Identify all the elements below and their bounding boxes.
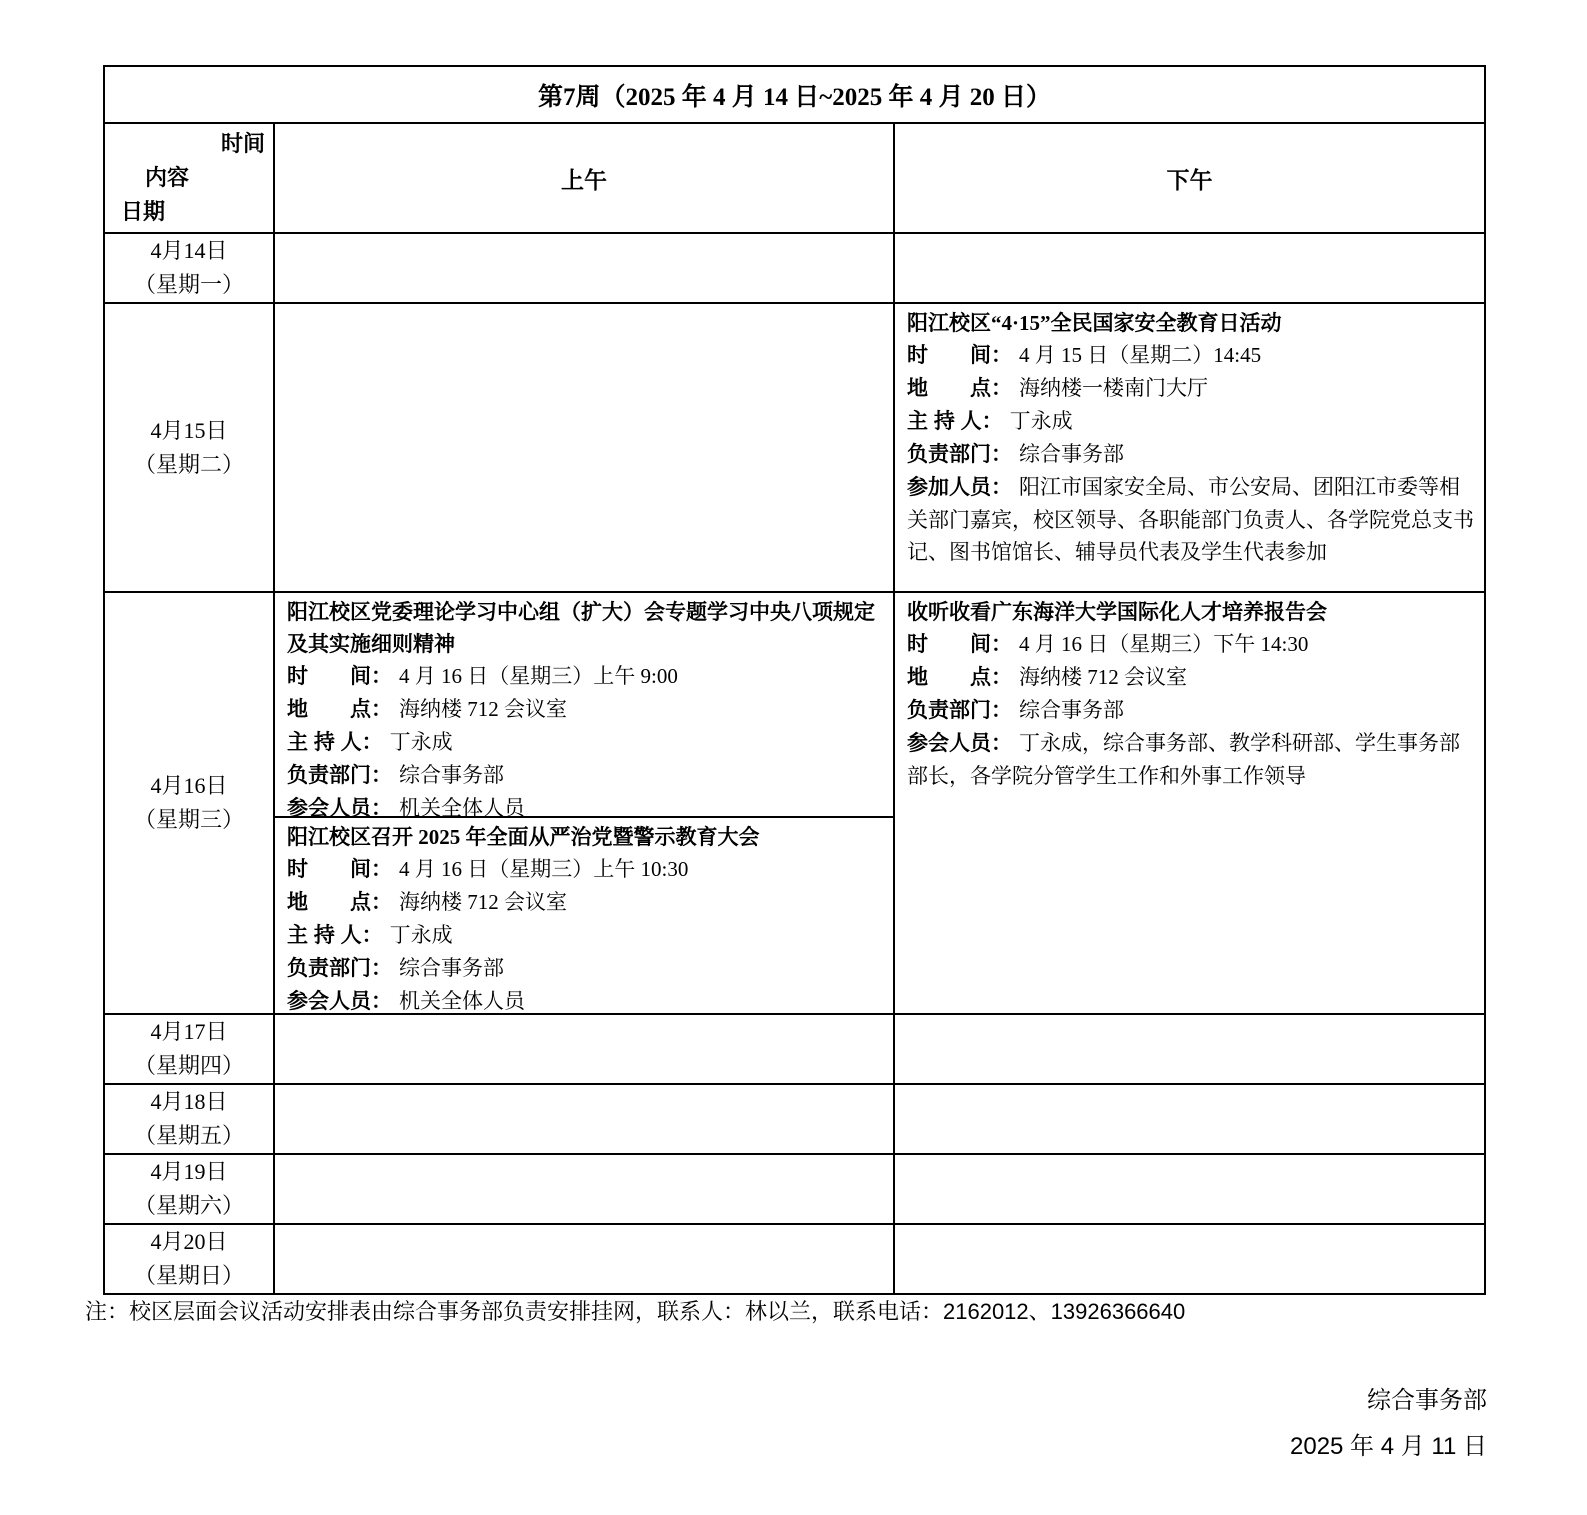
schedule-row-apr18: 4月18日 （星期五） [104, 1084, 1485, 1154]
morning-cell-empty [274, 303, 894, 592]
event-field: 参会人员：机关全体人员 [287, 985, 883, 1013]
morning-cell-empty [274, 233, 894, 303]
weekday-label: （星期一） [105, 268, 273, 302]
field-value: 海纳楼一楼南门大厅 [1019, 376, 1208, 400]
event-field: 地 点：海纳楼 712 会议室 [907, 661, 1474, 694]
event-field: 时 间：4 月 16 日（星期三）下午 14:30 [907, 628, 1474, 661]
schedule-row-apr14: 4月14日 （星期一） [104, 233, 1485, 303]
field-value: 4 月 16 日（星期三）上午 9:00 [399, 664, 678, 688]
field-label: 主 持 人： [287, 924, 383, 947]
field-label: 时 间： [907, 633, 1012, 656]
date-cell: 4月18日 （星期五） [104, 1084, 274, 1154]
date-cell: 4月19日 （星期六） [104, 1154, 274, 1224]
event-field: 地 点：海纳楼 712 会议室 [287, 693, 883, 726]
event-title: 阳江校区召开 2025 年全面从严治党暨警示教育大会 [287, 821, 883, 853]
corner-date-label: 日期 [105, 195, 273, 229]
field-value: 海纳楼 712 会议室 [399, 890, 567, 914]
afternoon-cell-empty [894, 233, 1485, 303]
signature-block: 综合事务部 2025 年 4 月 11 日 [1290, 1378, 1487, 1470]
week-title: 第7周（2025 年 4 月 14 日~2025 年 4 月 20 日） [104, 66, 1485, 123]
date-cell: 4月15日 （星期二） [104, 303, 274, 592]
date-label: 4月17日 [105, 1015, 273, 1049]
afternoon-cell-empty [894, 1084, 1485, 1154]
date-label: 4月19日 [105, 1155, 273, 1189]
morning-cell-empty [274, 1224, 894, 1294]
date-label: 4月18日 [105, 1085, 273, 1119]
morning-header: 上午 [274, 123, 894, 233]
schedule-row-apr16: 4月16日 （星期三） 阳江校区党委理论学习中心组（扩大）会专题学习中央八项规定… [104, 592, 1485, 1014]
event: 阳江校区“4·15”全民国家安全教育日活动 时 间：4 月 15 日（星期二）1… [895, 304, 1484, 568]
header-row: 时间 内容 日期 上午 下午 [104, 123, 1485, 233]
weekly-schedule-table: 第7周（2025 年 4 月 14 日~2025 年 4 月 20 日） 时间 … [103, 65, 1486, 1295]
corner-time-label: 时间 [105, 127, 273, 161]
event-field: 地 点：海纳楼 712 会议室 [287, 886, 883, 919]
field-label: 时 间： [287, 665, 392, 688]
schedule-row-apr15: 4月15日 （星期二） 阳江校区“4·15”全民国家安全教育日活动 时 间：4 … [104, 303, 1485, 592]
field-label: 负责部门： [287, 764, 392, 787]
morning-cell-empty [274, 1154, 894, 1224]
date-label: 4月15日 [105, 414, 273, 448]
footer-note: 注：校区层面会议活动安排表由综合事务部负责安排挂网，联系人：林以兰，联系电话：2… [85, 1297, 1485, 1327]
field-label: 负责部门： [907, 443, 1012, 466]
field-label: 地 点： [287, 891, 392, 914]
event: 阳江校区党委理论学习中心组（扩大）会专题学习中央八项规定及其实施细则精神 时 间… [275, 593, 893, 818]
event-title: 阳江校区党委理论学习中心组（扩大）会专题学习中央八项规定及其实施细则精神 [287, 596, 883, 660]
document-page: 第7周（2025 年 4 月 14 日~2025 年 4 月 20 日） 时间 … [0, 0, 1587, 1515]
afternoon-cell-empty [894, 1224, 1485, 1294]
field-value: 机关全体人员 [399, 989, 525, 1013]
weekday-label: （星期六） [105, 1189, 273, 1223]
signature-date: 2025 年 4 月 11 日 [1290, 1424, 1487, 1470]
corner-content-label: 内容 [105, 161, 273, 195]
schedule-row-apr20: 4月20日 （星期日） [104, 1224, 1485, 1294]
field-label: 主 持 人： [287, 731, 383, 754]
corner-header-cell: 时间 内容 日期 [104, 123, 274, 233]
event: 阳江校区召开 2025 年全面从严治党暨警示教育大会 时 间：4 月 16 日（… [275, 818, 893, 1013]
date-cell: 4月20日 （星期日） [104, 1224, 274, 1294]
field-label: 参会人员： [907, 732, 1012, 755]
morning-cell-empty [274, 1084, 894, 1154]
event: 收听收看广东海洋大学国际化人才培养报告会 时 间：4 月 16 日（星期三）下午… [895, 593, 1484, 792]
event-field: 负责部门：综合事务部 [287, 952, 883, 985]
event-field: 参加人员：阳江市国家安全局、市公安局、团阳江市委等相关部门嘉宾，校区领导、各职能… [907, 471, 1474, 568]
morning-cell-empty [274, 1014, 894, 1084]
weekday-label: （星期五） [105, 1119, 273, 1153]
signature-department: 综合事务部 [1290, 1378, 1487, 1424]
field-label: 时 间： [287, 858, 392, 881]
weekday-label: （星期日） [105, 1259, 273, 1293]
field-value: 综合事务部 [399, 763, 504, 787]
field-value: 综合事务部 [399, 956, 504, 980]
field-label: 地 点： [907, 666, 1012, 689]
field-value: 4 月 15 日（星期二）14:45 [1019, 343, 1261, 367]
event-field: 主 持 人：丁永成 [907, 405, 1474, 438]
event-field: 参会人员：丁永成，综合事务部、教学科研部、学生事务部部长，各学院分管学生工作和外… [907, 727, 1474, 792]
field-value: 综合事务部 [1019, 698, 1124, 722]
date-cell: 4月14日 （星期一） [104, 233, 274, 303]
event-field: 负责部门：综合事务部 [907, 438, 1474, 471]
field-value: 丁永成 [390, 730, 453, 754]
date-label: 4月14日 [105, 234, 273, 268]
morning-cell: 阳江校区党委理论学习中心组（扩大）会专题学习中央八项规定及其实施细则精神 时 间… [274, 592, 894, 1014]
field-value: 海纳楼 712 会议室 [399, 697, 567, 721]
date-label: 4月16日 [105, 769, 273, 803]
event-field: 参会人员：机关全体人员 [287, 792, 883, 818]
field-label: 时 间： [907, 344, 1012, 367]
field-value: 4 月 16 日（星期三）上午 10:30 [399, 857, 688, 881]
event-title: 收听收看广东海洋大学国际化人才培养报告会 [907, 596, 1474, 628]
afternoon-cell-empty [894, 1154, 1485, 1224]
field-label: 参加人员： [907, 476, 1012, 499]
field-label: 地 点： [907, 377, 1012, 400]
date-cell: 4月17日 （星期四） [104, 1014, 274, 1084]
afternoon-cell: 收听收看广东海洋大学国际化人才培养报告会 时 间：4 月 16 日（星期三）下午… [894, 592, 1485, 1014]
title-row: 第7周（2025 年 4 月 14 日~2025 年 4 月 20 日） [104, 66, 1485, 123]
event-field: 地 点：海纳楼一楼南门大厅 [907, 372, 1474, 405]
event-field: 负责部门：综合事务部 [907, 694, 1474, 727]
date-label: 4月20日 [105, 1225, 273, 1259]
field-label: 负责部门： [907, 699, 1012, 722]
event-field: 时 间：4 月 15 日（星期二）14:45 [907, 339, 1474, 372]
event-title: 阳江校区“4·15”全民国家安全教育日活动 [907, 307, 1474, 339]
event-field: 时 间：4 月 16 日（星期三）上午 10:30 [287, 853, 883, 886]
weekday-label: （星期四） [105, 1049, 273, 1083]
event-field: 主 持 人：丁永成 [287, 726, 883, 759]
schedule-row-apr17: 4月17日 （星期四） [104, 1014, 1485, 1084]
field-value: 综合事务部 [1019, 442, 1124, 466]
field-label: 主 持 人： [907, 410, 1003, 433]
event-field: 负责部门：综合事务部 [287, 759, 883, 792]
afternoon-cell: 阳江校区“4·15”全民国家安全教育日活动 时 间：4 月 15 日（星期二）1… [894, 303, 1485, 592]
afternoon-header: 下午 [894, 123, 1485, 233]
weekday-label: （星期二） [105, 448, 273, 482]
field-value: 海纳楼 712 会议室 [1019, 665, 1187, 689]
weekday-label: （星期三） [105, 803, 273, 837]
field-value: 丁永成 [390, 923, 453, 947]
field-value: 机关全体人员 [399, 796, 525, 818]
field-label: 负责部门： [287, 957, 392, 980]
field-value: 丁永成 [1010, 409, 1073, 433]
date-cell: 4月16日 （星期三） [104, 592, 274, 1014]
field-label: 参会人员： [287, 797, 392, 818]
afternoon-cell-empty [894, 1014, 1485, 1084]
event-field: 时 间：4 月 16 日（星期三）上午 9:00 [287, 660, 883, 693]
schedule-row-apr19: 4月19日 （星期六） [104, 1154, 1485, 1224]
event-field: 主 持 人：丁永成 [287, 919, 883, 952]
field-label: 地 点： [287, 698, 392, 721]
field-label: 参会人员： [287, 990, 392, 1013]
field-value: 4 月 16 日（星期三）下午 14:30 [1019, 632, 1308, 656]
